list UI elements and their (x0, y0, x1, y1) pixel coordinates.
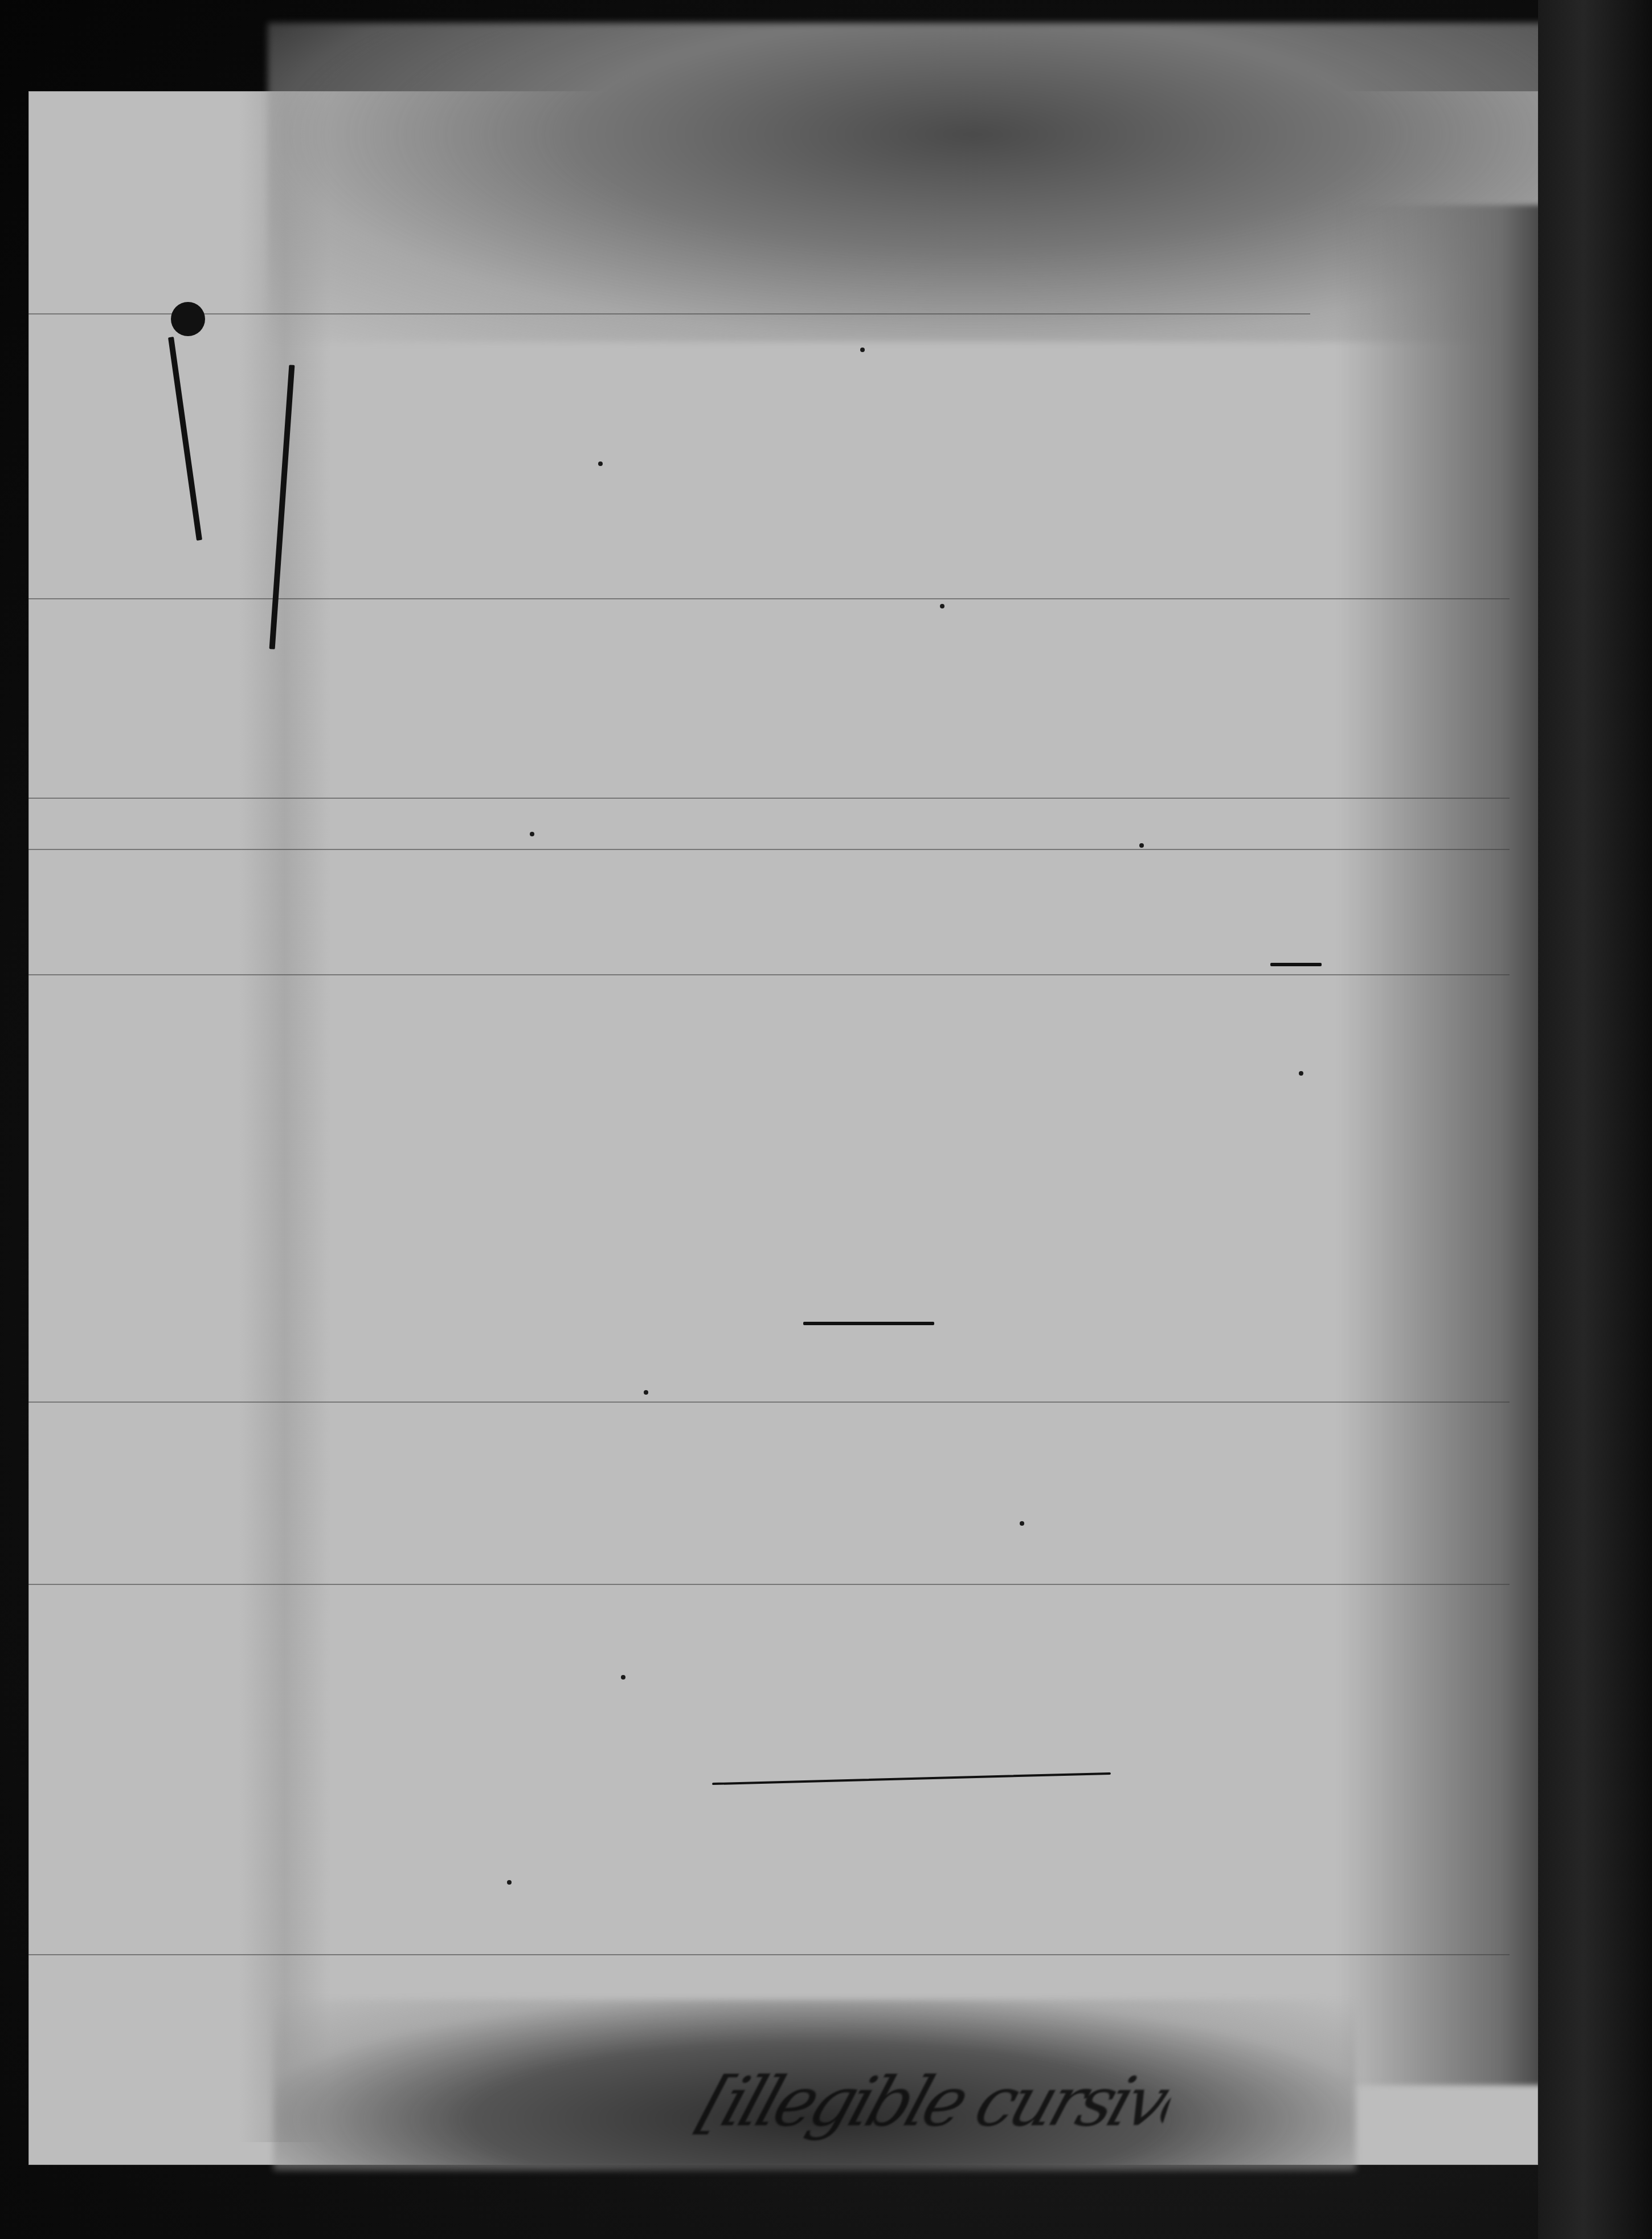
left-stain (239, 91, 330, 2142)
ruled-line (28, 974, 1510, 975)
right-stain (1339, 205, 1555, 2085)
ink-stroke (803, 1322, 934, 1325)
speck (530, 832, 534, 836)
ruled-line (28, 1584, 1510, 1585)
speck (644, 1390, 648, 1395)
speck (940, 604, 944, 608)
ruled-line (28, 313, 1310, 314)
ink-stroke (1270, 963, 1322, 966)
ruled-line (28, 598, 1510, 599)
speck (598, 461, 603, 466)
ink-blot (171, 302, 205, 336)
ruled-line (28, 1402, 1510, 1403)
ink-stroke (712, 1772, 1111, 1785)
speck (860, 348, 865, 352)
document-page (28, 91, 1538, 2165)
ruled-line (28, 1954, 1510, 1955)
page-edge-shadow (1538, 0, 1652, 2239)
speck (1139, 843, 1144, 848)
speck (621, 1675, 625, 1680)
handwritten-notation: [illegible cursive] (686, 2062, 1183, 2154)
ink-stroke (168, 337, 202, 541)
ruled-line (28, 849, 1510, 850)
speck (507, 1880, 512, 1885)
speck (1299, 1071, 1303, 1076)
ruled-line (28, 798, 1510, 799)
speck (1020, 1521, 1024, 1526)
